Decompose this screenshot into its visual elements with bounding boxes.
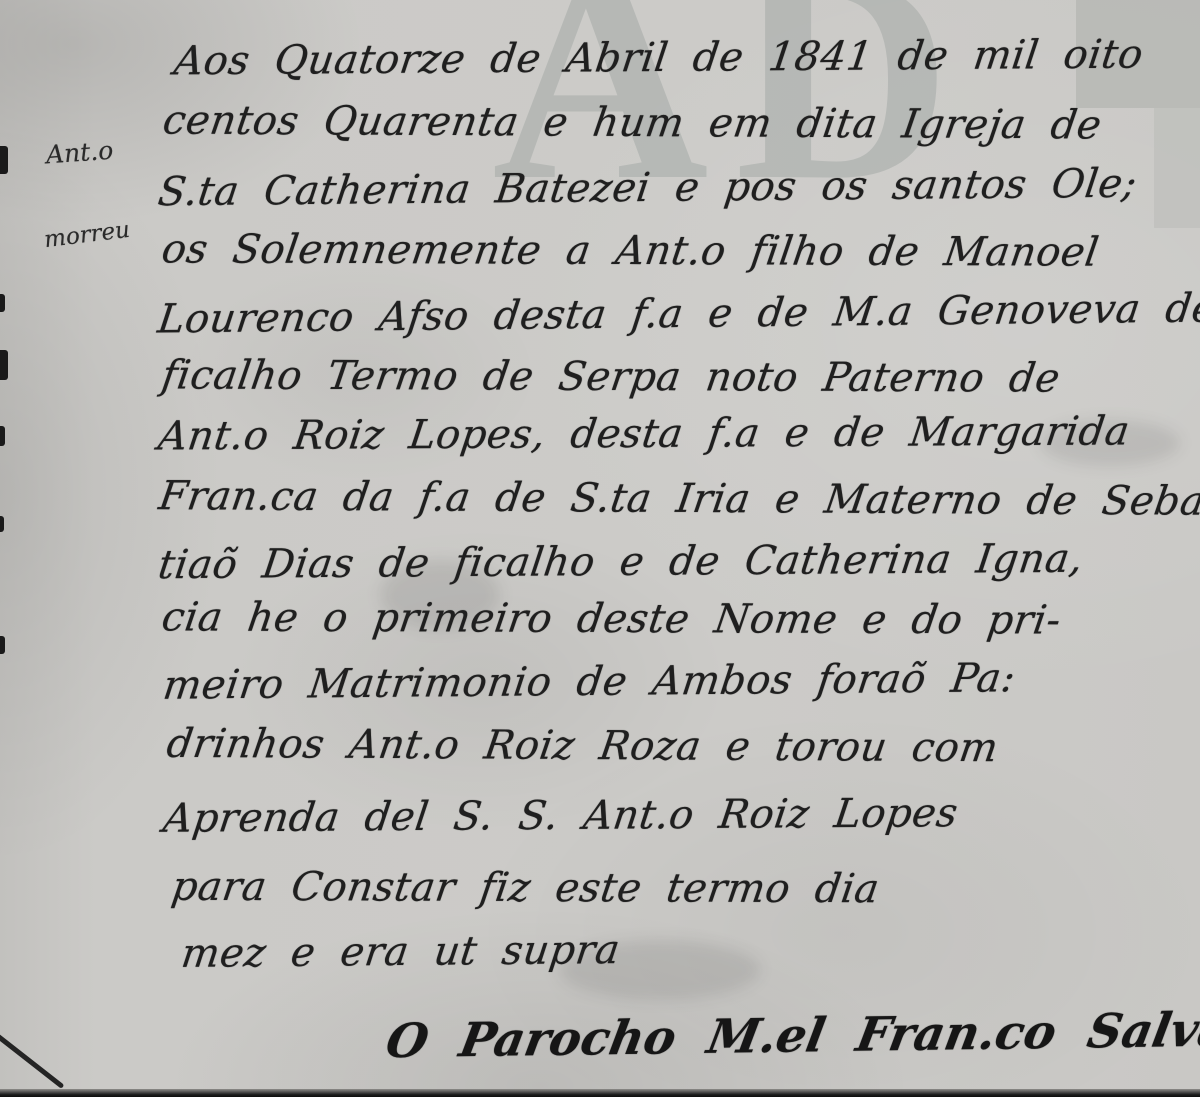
manuscript-line: cia he o primeiro deste Nome e do pri- (159, 595, 1064, 642)
watermark-corner-block-lower (1154, 108, 1200, 228)
scan-edge-mark (0, 350, 8, 380)
manuscript-line: Aos Quatorze de Abril de 1841 de mil oit… (172, 33, 1146, 84)
manuscript-line: Ant.o Roiz Lopes, desta f.a e de Margari… (156, 409, 1133, 458)
scan-edge-mark (0, 636, 5, 654)
manuscript-line: Fran.ca da f.a de S.ta Iria e Materno de… (156, 474, 1200, 524)
scan-edge-mark (0, 146, 8, 174)
paper-smudge (1040, 420, 1180, 466)
margin-note-morreu: morreu (43, 217, 132, 253)
priest-signature: O Parocho M.el Fran.co Salvado (382, 1002, 1200, 1070)
paper-smudge (560, 940, 760, 1000)
manuscript-line: Aprenda del S. S. Ant.o Roiz Lopes (161, 791, 961, 841)
scan-edge-bottom (0, 1089, 1200, 1097)
manuscript-line: tiaõ Dias de ficalho e de Catherina Igna… (156, 537, 1086, 587)
scan-edge-mark (0, 516, 4, 532)
scanned-manuscript-page: AD Ant.o morreu Aos Quatorze de Abril de… (0, 0, 1200, 1097)
manuscript-line: centos Quarenta e hum em dita Igreja de (160, 99, 1104, 148)
manuscript-line: drinhos Ant.o Roiz Roza e torou com (164, 722, 1001, 770)
scan-corner-crease (0, 1032, 64, 1089)
manuscript-line: S.ta Catherina Batezei e pos os santos O… (156, 162, 1140, 215)
manuscript-line: para Constar fiz este termo dia (169, 865, 882, 911)
margin-note-anto: Ant.o (45, 136, 114, 170)
manuscript-line: Lourenco Afso desta f.a e de M.a Genovev… (155, 286, 1200, 341)
manuscript-line: mez e era ut supra (179, 928, 623, 976)
scan-edge-mark (0, 294, 5, 312)
manuscript-line: ficalho Termo de Serpa noto Paterno de (159, 353, 1063, 400)
manuscript-line: os Solemnemente a Ant.o filho de Manoel (159, 227, 1102, 274)
scan-edge-mark (0, 426, 5, 446)
manuscript-line: meiro Matrimonio de Ambos foraõ Pa: (161, 656, 1019, 707)
paper-smudge (380, 560, 500, 630)
